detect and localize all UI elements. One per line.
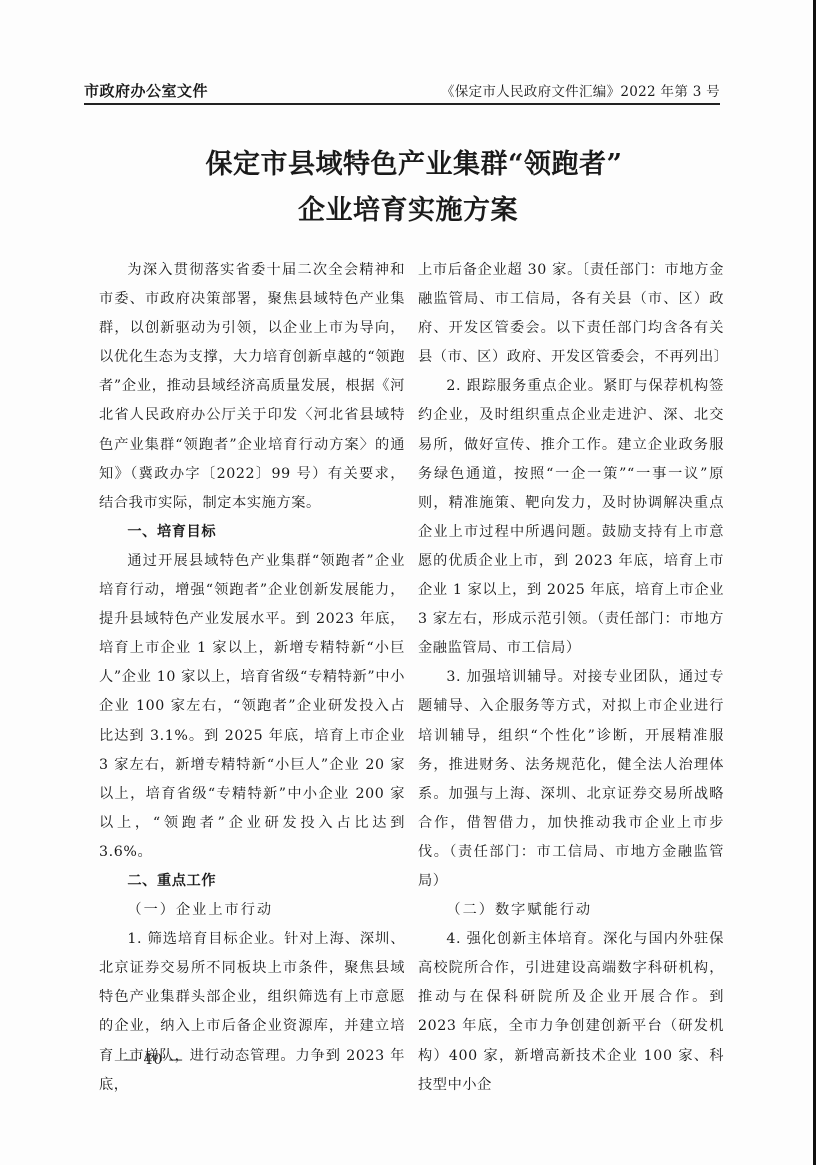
right-column: 上市后备企业超 30 家。〔责任部门：市地方金融监管局、市工信局，各有关县（市、…	[418, 256, 724, 1100]
header-publication-label: 《保定市人民政府文件汇编》2022 年第 3 号	[441, 82, 720, 102]
section-heading-goals: 一、培育目标	[99, 518, 405, 547]
section-heading-key-work: 二、重点工作	[99, 867, 405, 896]
left-column: 为深入贯彻落实省委十届二次全会精神和市委、市政府决策部署，聚焦县域特色产业集群，…	[99, 256, 405, 1100]
intro-paragraph: 为深入贯彻落实省委十届二次全会精神和市委、市政府决策部署，聚焦县域特色产业集群，…	[99, 256, 405, 518]
item-1-continued: 上市后备企业超 30 家。〔责任部门：市地方金融监管局、市工信局，各有关县（市、…	[418, 256, 724, 372]
subsection-heading-listing: （一）企业上市行动	[99, 896, 405, 925]
header-section-label: 市政府办公室文件	[84, 81, 208, 101]
goals-paragraph: 通过开展县域特色产业集群“领跑者”企业培育行动，增强“领跑者”企业创新发展能力，…	[99, 547, 405, 867]
running-header: 市政府办公室文件 《保定市人民政府文件汇编》2022 年第 3 号	[84, 81, 720, 105]
document-title-line-1: 保定市县域特色产业集群“领跑者”	[6, 142, 816, 181]
document-title-line-2: 企业培育实施方案	[0, 188, 816, 227]
page-number: — 40 —	[123, 1052, 184, 1068]
item-3-paragraph: 3. 加强培训辅导。对接专业团队，通过专题辅导、入企服务等方式，对拟上市企业进行…	[418, 663, 724, 896]
item-1-paragraph: 1. 筛选培育目标企业。针对上海、深圳、北京证券交易所不同板块上市条件，聚焦县域…	[99, 925, 405, 1100]
subsection-heading-digital: （二）数字赋能行动	[418, 896, 724, 925]
item-2-paragraph: 2. 跟踪服务重点企业。紧盯与保荐机构签约企业，及时组织重点企业走进沪、深、北交…	[418, 372, 724, 663]
item-4-paragraph: 4. 强化创新主体培育。深化与国内外驻保高校院所合作，引进建设高端数字科研机构，…	[418, 925, 724, 1100]
